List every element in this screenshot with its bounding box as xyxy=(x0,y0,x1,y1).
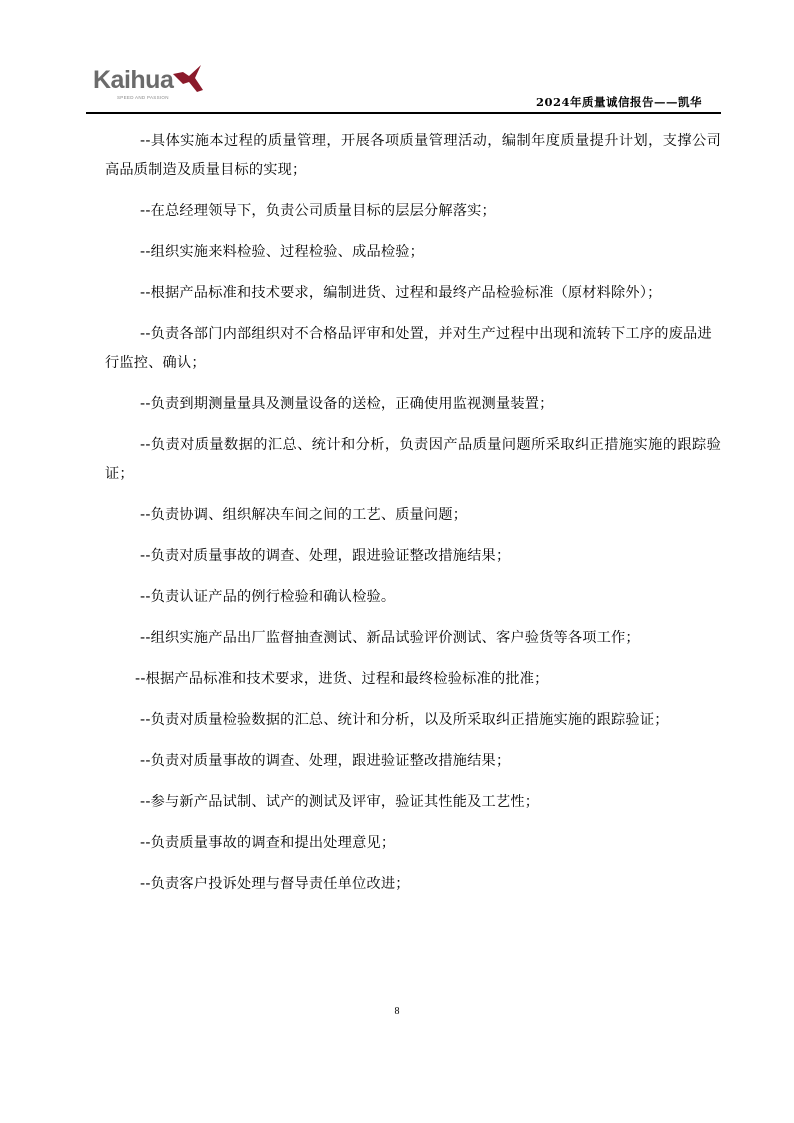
paragraph: --负责质量事故的调查和提出处理意见； xyxy=(105,829,721,858)
logo-tagline: SPEED AND PASSION xyxy=(117,95,169,100)
header-divider xyxy=(86,112,721,114)
paragraph: --负责认证产品的例行检验和确认检验。 xyxy=(105,583,721,612)
paragraph: --负责对质量事故的调查、处理，跟进验证整改措施结果； xyxy=(105,747,721,776)
report-header-title: 2024年质量诚信报告——凯华 xyxy=(536,94,702,110)
paragraph: --负责到期测量量具及测量设备的送检，正确使用监视测量装置； xyxy=(105,390,721,419)
paragraph: --在总经理领导下，负责公司质量目标的层层分解落实； xyxy=(105,197,721,226)
page-number: 8 xyxy=(0,1006,794,1017)
logo-wordmark: Kaihua xyxy=(93,66,173,95)
paragraph: --组织实施产品出厂监督抽查测试、新品试验评价测试、客户验货等各项工作； xyxy=(105,624,721,653)
paragraph: --负责协调、组织解决车间之间的工艺、质量问题； xyxy=(105,501,721,530)
document-body: --具体实施本过程的质量管理，开展各项质量管理活动，编制年度质量提升计划，支撑公… xyxy=(105,127,721,911)
paragraph: --负责对质量检验数据的汇总、统计和分析，以及所采取纠正措施实施的跟踪验证； xyxy=(105,706,721,735)
paragraph: --负责客户投诉处理与督导责任单位改进； xyxy=(105,870,721,899)
paragraph: --根据产品标准和技术要求，编制进货、过程和最终产品检验标准（原材料除外）； xyxy=(105,279,721,308)
paragraph: --具体实施本过程的质量管理，开展各项质量管理活动，编制年度质量提升计划，支撑公… xyxy=(105,127,721,185)
company-logo: Kaihua SPEED AND PASSION xyxy=(93,62,213,102)
paragraph: --参与新产品试制、试产的测试及评审，验证其性能及工艺性； xyxy=(105,788,721,817)
paragraph: --组织实施来料检验、过程检验、成品检验； xyxy=(105,238,721,267)
paragraph: --根据产品标准和技术要求，进货、过程和最终检验标准的批准； xyxy=(105,665,721,694)
paragraph: --负责对质量数据的汇总、统计和分析，负责因产品质量问题所采取纠正措施实施的跟踪… xyxy=(105,431,721,489)
paragraph: --负责各部门内部组织对不合格品评审和处置，并对生产过程中出现和流转下工序的废品… xyxy=(105,320,721,378)
paragraph: --负责对质量事故的调查、处理，跟进验证整改措施结果； xyxy=(105,542,721,571)
hummingbird-logo-icon xyxy=(171,64,205,96)
